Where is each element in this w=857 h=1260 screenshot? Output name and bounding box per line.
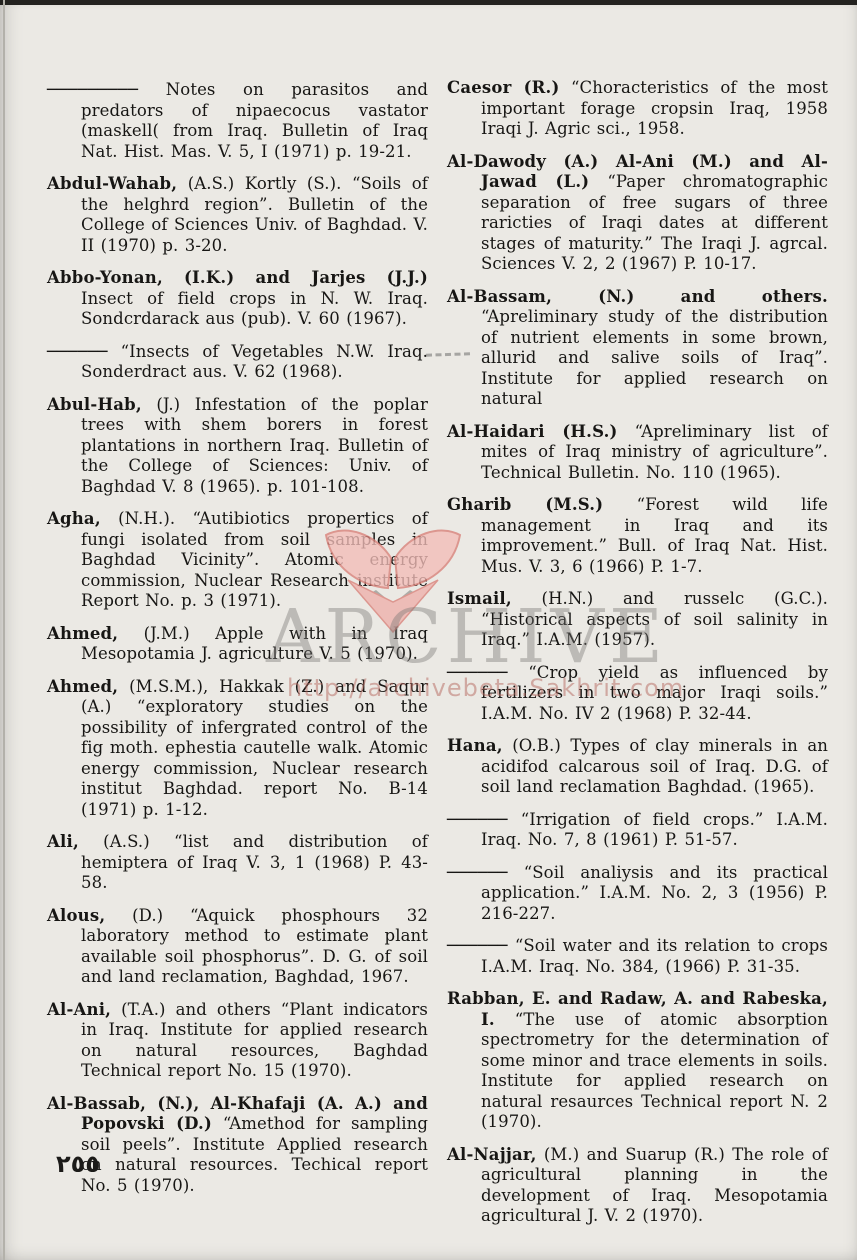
bibliography-entry: Abul-Hab, (J.) Infestation of the poplar… (47, 395, 428, 498)
bibliography-entry: ────── “Irrigation of field crops.” I.A.… (447, 810, 828, 851)
entry-author: Al-Haidari (H.S.) (447, 422, 618, 441)
bibliography-entry: Hana, (O.B.) Types of clay minerals in a… (447, 736, 828, 798)
bibliography-entry: Agha, (N.H.). “Autibiotics propertics of… (47, 509, 428, 612)
entry-author: Abul-Hab, (47, 395, 142, 414)
entry-text: “The use of atomic absorption spectromet… (481, 1010, 828, 1132)
entry-text: “Insects of Vegetables N.W. Iraq. Sonder… (81, 342, 428, 382)
bibliography-entry: Al-Dawody (A.) Al-Ani (M.) and Al-Jawad … (447, 152, 828, 275)
bibliography-entry: ────── “Crop yield as influenced by fert… (447, 663, 828, 725)
bibliography-entry: Ahmed, (M.S.M.), Hakkak (Z.) and Saqur (… (47, 677, 428, 821)
entry-text: “Soil analiysis and its practical applic… (481, 863, 828, 923)
entry-text: “Crop yield as influenced by fertilizers… (481, 663, 828, 723)
entry-text: (A.S.) “list and distribution of hemipte… (81, 832, 428, 892)
entry-text: “Soil water and its relation to crops I.… (481, 936, 828, 976)
bibliography-entry: ────── “Soil water and its relation to c… (447, 936, 828, 977)
ditto-dash: ────── (447, 663, 508, 682)
entry-text: (M.S.M.), Hakkak (Z.) and Saqur (A.) “ex… (81, 677, 428, 819)
entry-text: (N.H.). “Autibiotics propertics of fungi… (81, 509, 428, 610)
bibliography-entry: Alous, (D.) “Aquick phosphours 32 labora… (47, 906, 428, 988)
page-number: ٢٥٥ (56, 1150, 100, 1178)
entry-author: Alous, (47, 906, 105, 925)
bibliography-entry: Al-Najjar, (M.) and Suarup (R.) The role… (447, 1145, 828, 1227)
entry-author: Ahmed, (47, 624, 118, 643)
entry-text: (H.N.) and russelc (G.C.). “Historical a… (481, 589, 828, 649)
bibliography-entry: Ali, (A.S.) “list and distribution of he… (47, 832, 428, 894)
entry-author: Caesor (R.) (447, 78, 559, 97)
bibliography-entry: Rabban, E. and Radaw, A. and Rabeska, I.… (447, 989, 828, 1133)
entry-author: Al-Najjar, (447, 1145, 537, 1164)
entry-text: “Apreliminary study of the distribution … (481, 307, 828, 408)
entry-author: Al-Bassam, (N.) and others. (447, 287, 828, 306)
ditto-dash: ────── (47, 342, 108, 361)
bibliography-entry: Ismail, (H.N.) and russelc (G.C.). “Hist… (447, 589, 828, 651)
scanned-bibliography-page: ───────── Notes on parasitos and predato… (0, 0, 857, 1260)
entry-author: Agha, (47, 509, 101, 528)
bibliography-entry: ────── “Soil analiysis and its practical… (447, 863, 828, 925)
bibliography-entry: ───────── Notes on parasitos and predato… (47, 80, 428, 162)
ditto-dash: ────── (447, 810, 508, 829)
entry-author: Ali, (47, 832, 79, 851)
entry-author: Gharib (M.S.) (447, 495, 603, 514)
entry-author: Ismail, (447, 589, 512, 608)
entry-author: Hana, (447, 736, 503, 755)
ditto-dash: ────── (447, 936, 508, 955)
entry-text: Insect of field crops in N. W. Iraq. Son… (81, 289, 428, 329)
page-left-edge (3, 0, 5, 1260)
entry-author: Abbo-Yonan, (I.K.) and Jarjes (J.J.) (47, 268, 428, 287)
bibliography-entry: ────── “Insects of Vegetables N.W. Iraq.… (47, 342, 428, 383)
entry-author: Ahmed, (47, 677, 118, 696)
entry-author: Abdul-Wahab, (47, 174, 177, 193)
ditto-dash: ───────── (47, 80, 138, 99)
entry-text: (T.A.) and others “Plant indicators in I… (81, 1000, 428, 1081)
left-column: ───────── Notes on parasitos and predato… (47, 80, 428, 1208)
entry-text: “Irrigation of field crops.” I.A.M. Iraq… (481, 810, 828, 850)
bibliography-entry: Al-Bassam, (N.) and others. “Apreliminar… (447, 287, 828, 410)
entry-author: Al-Ani, (47, 1000, 111, 1019)
right-column: Caesor (R.) “Choracteristics of the most… (447, 78, 828, 1239)
bibliography-entry: Al-Ani, (T.A.) and others “Plant indicat… (47, 1000, 428, 1082)
bibliography-entry: Abdul-Wahab, (A.S.) Kortly (S.). “Soils … (47, 174, 428, 256)
bibliography-entry: Abbo-Yonan, (I.K.) and Jarjes (J.J.) Ins… (47, 268, 428, 330)
page-top-edge (0, 0, 857, 5)
entry-text: (J.M.) Apple with in Iraq Mesopotamia J.… (81, 624, 428, 664)
ditto-dash: ────── (447, 863, 508, 882)
bibliography-entry: Al-Bassab, (N.), Al-Khafaji (A. A.) and … (47, 1094, 428, 1197)
entry-text: (D.) “Aquick phosphours 32 laboratory me… (81, 906, 428, 987)
bibliography-entry: Caesor (R.) “Choracteristics of the most… (447, 78, 828, 140)
entry-text: (O.B.) Types of clay minerals in an acid… (481, 736, 828, 796)
bibliography-entry: Ahmed, (J.M.) Apple with in Iraq Mesopot… (47, 624, 428, 665)
bibliography-entry: Gharib (M.S.) “Forest wild life manageme… (447, 495, 828, 577)
bibliography-entry: Al-Haidari (H.S.) “Apreliminary list of … (447, 422, 828, 484)
